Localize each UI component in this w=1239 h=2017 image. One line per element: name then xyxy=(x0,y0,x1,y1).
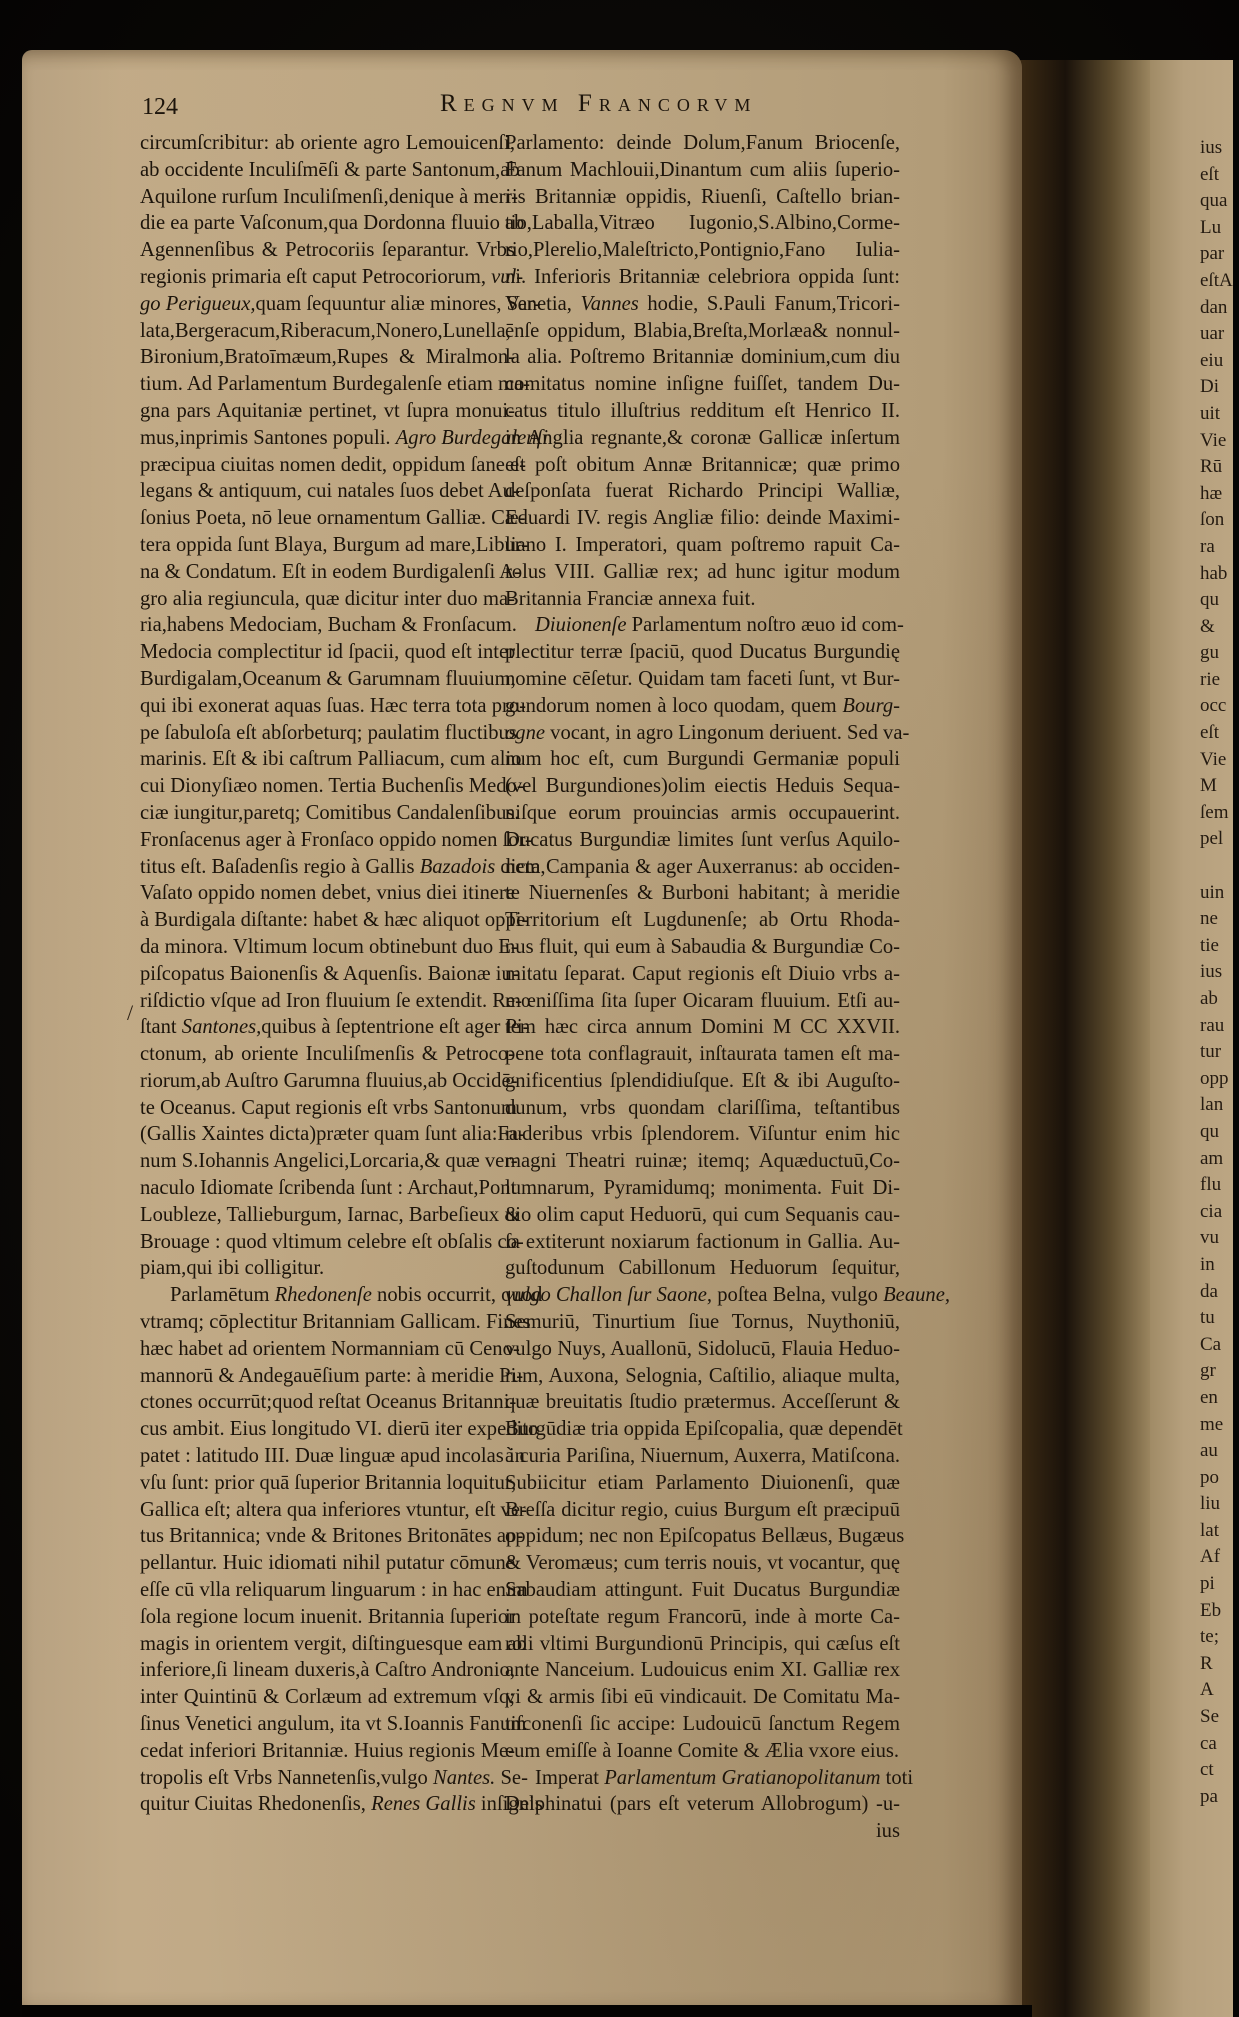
facing-page-fragment: pel xyxy=(1200,826,1233,853)
text-line: nomine cēſetur. Quidam tam faceti ſunt, … xyxy=(505,666,900,693)
text-line: tio,Laballa,Vitræo Iugonio,S.Albino,Corm… xyxy=(505,210,900,237)
text-segment: inferiore,ſi lineam duxeris,à Caſtro And… xyxy=(140,1659,515,1681)
text-segment: Medocia complectitur id ſpacii, quod eſt… xyxy=(140,641,515,663)
text-line: mus,inprimis Santones populi. Agro Burde… xyxy=(140,425,515,452)
text-line: Venetia, Vannes hodie, S.Pauli Fanum,Tri… xyxy=(505,291,900,318)
text-segment: mitatu ſeparat. Caput regionis eſt Diuio… xyxy=(505,963,900,985)
text-line: eſſe cū vlla reliquarum linguarum : in h… xyxy=(140,1577,515,1604)
text-line: legans & antiquum, cui natales ſuos debe… xyxy=(140,478,515,505)
text-segment: ruderibus vrbis ſplendorem. Viſuntur eni… xyxy=(505,1123,900,1145)
text-segment: tropolis eſt Vrbs Nannetenſis,vulgo xyxy=(140,1767,433,1789)
facing-page-fragment: ſem xyxy=(1200,800,1233,827)
text-segment: na & Condatum. Eſt in eodem Burdigalenſi… xyxy=(140,561,521,583)
text-segment: (vel Burgundiones)olim eiectis Heduis Se… xyxy=(505,775,900,797)
text-line: ria,habens Medociam, Bucham & Fronſacum. xyxy=(140,612,515,639)
text-segment: Territorium eſt Lugdunenſe; ab Ortu Rhod… xyxy=(505,909,900,931)
text-line: & Veromæus; cum terris nouis, vt vocantu… xyxy=(505,1550,900,1577)
text-line: Territorium eſt Lugdunenſe; ab Ortu Rhod… xyxy=(505,907,900,934)
text-segment: à curia Pariſina, Niuernum, Auxerra, Mat… xyxy=(505,1445,900,1467)
text-line: vulgo Nuys, Auallonū, Sidolucū, Flauia H… xyxy=(505,1336,900,1363)
facing-page-fragment: liu xyxy=(1200,1491,1233,1518)
facing-page-fragment: vu xyxy=(1200,1225,1233,1252)
text-line: vulgo Challon ſur Saone, poſtea Belna, v… xyxy=(505,1282,900,1309)
text-segment: nem Campania & ager Auxerranus: ab occid… xyxy=(505,856,900,878)
facing-page-fragment: cia xyxy=(1200,1199,1233,1226)
text-segment: hæc habet ad orientem Normanniam cū Ceno… xyxy=(140,1338,520,1360)
facing-page-fragment: uar xyxy=(1200,321,1233,348)
text-segment: tera oppida ſunt Blaya, Burgum ad mare,L… xyxy=(140,534,528,556)
text-segment: circumſcribitur: ab oriente agro Lemouic… xyxy=(140,132,515,154)
text-line: tiſconenſi ſic accipe: Ludouicū ſanctum … xyxy=(505,1711,900,1738)
text-segment: num hoc eſt, cum Burgundi Germaniæ popul… xyxy=(505,748,900,770)
text-line: qui ibi exonerat aquas ſuas. Hæc terra t… xyxy=(140,693,515,720)
facing-page-fragment: rau xyxy=(1200,1013,1233,1040)
facing-page-fragment: in xyxy=(1200,1252,1233,1279)
text-line: marinis. Eſt & ibi caſtrum Palliacum, cu… xyxy=(140,746,515,773)
text-segment: gnificentius ſplendidiuſque. Eſt & ibi A… xyxy=(505,1070,900,1092)
text-line: pene tota conflagrauit, inſtaurata tamen… xyxy=(505,1041,900,1068)
text-line: gna pars Aquitaniæ pertinet, vt ſupra mo… xyxy=(140,398,515,425)
text-segment: ēnſe oppidum, Blabia,Breſta,Morlæa& nonn… xyxy=(505,320,900,342)
text-line: mœniſſima ſita ſuper Oicaram fluuium. Et… xyxy=(505,988,900,1015)
text-segment: & Veromæus; cum terris nouis, vt vocantu… xyxy=(505,1552,900,1574)
facing-page-fragment: pi xyxy=(1200,1571,1233,1598)
text-line: liano I. Imperatori, quam poſtremo rapui… xyxy=(505,532,900,559)
facing-page-fragment: Se xyxy=(1200,1704,1233,1731)
text-line: Sabaudiam attingunt. Fuit Ducatus Burgun… xyxy=(505,1577,900,1604)
text-segment: Semuriū, Tinurtium ſiue Tornus, Nuythoni… xyxy=(505,1311,900,1333)
text-segment: poſtea Belna, vulgo xyxy=(712,1284,883,1306)
facing-page-fragment: opp xyxy=(1200,1066,1233,1093)
text-line: na & Condatum. Eſt in eodem Burdigalenſi… xyxy=(140,559,515,586)
text-segment: quibus à ſeptentrione eſt ager Pi- xyxy=(261,1016,529,1038)
text-line: Fronſacenus ager à Fronſaco oppido nomen… xyxy=(140,827,515,854)
text-segment: liano I. Imperatori, quam poſtremo rapui… xyxy=(505,534,900,556)
text-line: rolus VIII. Galliæ rex; ad hunc igitur m… xyxy=(505,559,900,586)
text-line: rum, Auxona, Selognia, Caſtilio, aliaque… xyxy=(505,1363,900,1390)
facing-page-fragment: uit xyxy=(1200,401,1233,428)
facing-page-fragment: eſt xyxy=(1200,720,1233,747)
book-gutter xyxy=(1020,60,1150,2017)
text-segment: Delphinatui (pars eſt veterum Allobrogum… xyxy=(505,1793,876,1815)
facing-page-fragment: R xyxy=(1200,1651,1233,1678)
facing-page-fragment: tu xyxy=(1200,1305,1233,1332)
italic-text-segment: vulgo Challon ſur Saone, xyxy=(505,1284,712,1306)
text-line: plectitur terræ ſpaciū, quod Ducatus Bur… xyxy=(505,639,900,666)
text-segment: die ea parte Vaſconum,qua Dordonna fluui… xyxy=(140,212,524,234)
facing-page-fragment: qua xyxy=(1200,188,1233,215)
facing-page-fragment: Lu xyxy=(1200,215,1233,242)
text-segment: da minora. Vltimum locum obtinebunt duo … xyxy=(140,936,518,958)
facing-page-fragment: qu xyxy=(1200,1119,1233,1146)
text-line: præcipua ciuitas nomen dedit, oppidum ſa… xyxy=(140,452,515,479)
text-line: ēnſe oppidum, Blabia,Breſta,Morlæa& nonn… xyxy=(505,318,900,345)
text-segment: piam,qui ibi colligitur. xyxy=(140,1257,324,1279)
text-segment: (Gallis Xaintes dicta)præter quam ſunt a… xyxy=(140,1123,525,1145)
text-line: Vaſato oppido nomen debet, vnius diei it… xyxy=(140,880,515,907)
marginal-mark: / xyxy=(127,1000,133,1026)
text-segment: quam ſequuntur aliæ minores, Sar- xyxy=(256,293,541,315)
facing-page-fragment: M xyxy=(1200,773,1233,800)
text-line: mitatu ſeparat. Caput regionis eſt Diuio… xyxy=(505,961,900,988)
text-line: riſdictio vſque ad Iron fluuium ſe exten… xyxy=(140,988,515,1015)
text-line: Medocia complectitur id ſpacii, quod eſt… xyxy=(140,639,515,666)
text-line: Burgūdiæ tria oppida Epiſcopalia, quæ de… xyxy=(505,1416,900,1443)
text-line: comitatus nomine inſigne fuiſſet, tandem… xyxy=(505,371,900,398)
text-line: tium. Ad Parlamentum Burdegalenſe etiam … xyxy=(140,371,515,398)
text-segment: ni. Inferioris Britanniæ celebriora oppi… xyxy=(505,266,900,288)
text-line: eſt poſt obitum Annæ Britannicæ; quæ pri… xyxy=(505,452,900,479)
text-line: Gallica eſt; altera qua inferiores vtunt… xyxy=(140,1497,515,1524)
text-line: cedat inferiori Britanniæ. Huius regioni… xyxy=(140,1738,515,1765)
text-segment: quitur Ciuitas Rhedonenſis, xyxy=(140,1793,371,1815)
text-line: piſcopatus Baionenſis & Aquenſis. Baionæ… xyxy=(140,961,515,988)
text-segment: tiſconenſi ſic accipe: Ludouicū ſanctum … xyxy=(505,1713,900,1735)
italic-text-segment: Bourg- xyxy=(842,695,900,717)
text-segment: Vaſato oppido nomen debet, vnius diei it… xyxy=(140,882,515,904)
text-line: Breſſa dicitur regio, cuius Burgum eſt p… xyxy=(505,1497,900,1524)
italic-text-segment: Nantes. xyxy=(433,1767,495,1789)
facing-page-fragment xyxy=(1200,853,1233,880)
facing-page-fragment: Rū xyxy=(1200,454,1233,481)
text-line: nem Campania & ager Auxerranus: ab occid… xyxy=(505,854,900,881)
text-segment: ab occidente Inculiſmēſi & parte Santonu… xyxy=(140,159,520,181)
text-line: deſponſata fuerat Richardo Principi Wall… xyxy=(505,478,900,505)
facing-page-fragment: Di xyxy=(1200,374,1233,401)
facing-page-fragment: en xyxy=(1200,1385,1233,1412)
text-segment: ſa extiterunt noxiarum factionum in Gall… xyxy=(505,1231,900,1253)
text-segment: à Burdigala diſtante: habet & hæc aliquo… xyxy=(140,909,528,931)
text-segment: Loubleze, Tallieburgum, Iarnac, Barbeſie… xyxy=(140,1204,520,1226)
text-segment: lumnarum, Pyramidumq; monimenta. Fuit Di… xyxy=(505,1177,900,1199)
text-segment: lata,Bergeracum,Riberacum,Nonero,Lunella… xyxy=(140,320,511,342)
facing-page-fragment: ius xyxy=(1200,135,1233,162)
text-segment: pellantur. Huic idiomati nihil putatur c… xyxy=(140,1552,515,1574)
text-segment: -u- xyxy=(876,1793,900,1815)
text-line: Eduardi IV. regis Angliæ filio: deinde M… xyxy=(505,505,900,532)
text-line: Fanum Machlouii,Dinantum cum aliis ſuper… xyxy=(505,157,900,184)
facing-page-shadow xyxy=(1233,55,1239,2017)
facing-page-fragment: pa xyxy=(1200,1784,1233,1811)
text-segment: titus eſt. Baſadenſis regio à Gallis xyxy=(140,856,420,878)
text-segment: in poteſtate regum Francorū, inde à mort… xyxy=(505,1606,900,1628)
text-line: Delphinatui (pars eſt veterum Allobrogum… xyxy=(505,1791,900,1818)
text-segment: ius xyxy=(876,1820,900,1842)
text-segment: vocant, in agro Lingonum deriuent. Sed v… xyxy=(545,722,909,744)
text-segment: la alia. Poſtremo Britanniæ dominium,cum… xyxy=(505,346,900,368)
text-line: riorum,ab Auſtro Garumna fluuius,ab Occi… xyxy=(140,1068,515,1095)
italic-text-segment: Santones, xyxy=(182,1016,262,1038)
text-segment: cedat inferiori Britanniæ. Huius regioni… xyxy=(140,1740,515,1762)
facing-page-fragment: A xyxy=(1200,1677,1233,1704)
text-line: num S.Iohannis Angelici,Lorcaria,& quæ v… xyxy=(140,1148,515,1175)
facing-page-fragment: ne xyxy=(1200,906,1233,933)
text-segment: Parlamētum xyxy=(170,1284,275,1306)
text-line: Ducatus Burgundiæ limites ſunt verſus Aq… xyxy=(505,827,900,854)
text-segment: Brouage : quod vltimum celebre eſt obſal… xyxy=(140,1231,524,1253)
text-line: hæc habet ad orientem Normanniam cū Ceno… xyxy=(140,1336,515,1363)
facing-page-fragment: par xyxy=(1200,241,1233,268)
text-line: oppidum; nec non Epiſcopatus Bellæus, Bu… xyxy=(505,1523,900,1550)
text-line: cui Dionyſiæo nomen. Tertia Buchenſis Me… xyxy=(140,773,515,800)
facing-page-text-fragments: iuseſtquaLupareſtAdanuareiuDiuitVieRūhæſ… xyxy=(1200,135,1233,1810)
text-segment: pe ſabuloſa eſt abſorbeturq; paulatim fl… xyxy=(140,722,517,744)
text-segment: deſponſata fuerat Richardo Principi Wall… xyxy=(505,480,900,502)
facing-page-fragment: ab xyxy=(1200,986,1233,1013)
text-segment: mannorū & Andegauēſium parte: à meridie … xyxy=(140,1365,523,1387)
facing-page-fragment: ſon xyxy=(1200,507,1233,534)
right-text-column: Parlamento: deinde Dolum,Fanum Briocenſe… xyxy=(505,130,900,1845)
italic-text-segment: Parlamentum Gratianopolitanum xyxy=(604,1767,880,1789)
text-line: vtramq; cōplectitur Britanniam Gallicam.… xyxy=(140,1309,515,1336)
text-segment: ctones occurrūt;quod reſtat Oceanus Brit… xyxy=(140,1391,516,1413)
text-line: uio olim caput Heduorū, qui cum Sequanis… xyxy=(505,1202,900,1229)
text-line: da minora. Vltimum locum obtinebunt duo … xyxy=(140,934,515,961)
text-segment: riſdictio vſque ad Iron fluuium ſe exten… xyxy=(140,990,522,1012)
facing-page-fragment: Af xyxy=(1200,1544,1233,1571)
text-segment: uio olim caput Heduorū, qui cum Sequanis… xyxy=(505,1204,900,1226)
text-segment: Fanum Machlouii,Dinantum cum aliis ſuper… xyxy=(505,159,900,181)
text-segment: eſſe cū vlla reliquarum linguarum : in h… xyxy=(140,1579,528,1601)
italic-text-segment: ogne xyxy=(505,722,545,744)
text-segment: inter Quintinū & Corlæum ad extremum vſq… xyxy=(140,1686,515,1708)
text-segment: oppidum; nec non Epiſcopatus Bellæus, Bu… xyxy=(505,1525,904,1547)
text-segment: cus ambit. Eius longitudo VI. dierū iter… xyxy=(140,1418,538,1440)
text-line: go Perigueux,quam ſequuntur aliæ minores… xyxy=(140,291,515,318)
facing-page-fragment: eſtA xyxy=(1200,268,1233,295)
text-segment: in Anglia regnante,& coronæ Gallicæ inſe… xyxy=(505,427,900,449)
text-segment: Venetia, xyxy=(505,293,580,315)
text-segment: vulgo Nuys, Auallonū, Sidolucū, Flauia H… xyxy=(505,1338,900,1360)
text-segment: Britannia Franciæ annexa fuit. xyxy=(505,588,755,610)
text-line: ni. Inferioris Britanniæ celebriora oppi… xyxy=(505,264,900,291)
text-segment: nomine cēſetur. Quidam tam faceti ſunt, … xyxy=(505,668,900,690)
text-line: mannorū & Andegauēſium parte: à meridie … xyxy=(140,1363,515,1390)
text-segment: Bironium,Bratoīmæum,Rupes & Miralmon- xyxy=(140,346,515,368)
text-line: rio,Plerelio,Maleſtricto,Pontignio,Fano … xyxy=(505,237,900,264)
text-line: Brouage : quod vltimum celebre eſt obſal… xyxy=(140,1229,515,1256)
text-segment: mus,inprimis Santones populi. xyxy=(140,427,396,449)
text-segment: pene tota conflagrauit, inſtaurata tamen… xyxy=(505,1043,900,1065)
text-segment: rum, Auxona, Selognia, Caſtilio, aliaque… xyxy=(505,1365,900,1387)
text-line: (Gallis Xaintes dicta)præter quam ſunt a… xyxy=(140,1121,515,1148)
text-line: tropolis eſt Vrbs Nannetenſis,vulgo Nant… xyxy=(140,1765,515,1792)
text-segment: ſinus Venetici angulum, ita vt S.Ioannis… xyxy=(140,1713,526,1735)
text-segment: ſonius Poeta, nō leue ornamentum Galliæ.… xyxy=(140,507,526,529)
italic-text-segment: Diuionenſe xyxy=(535,614,627,636)
text-line: niſque eorum prouincias armis occupaueri… xyxy=(505,800,900,827)
text-line: te Niuernenſes & Burboni habitant; à mer… xyxy=(505,880,900,907)
text-line: regionis primaria eſt caput Petrocorioru… xyxy=(140,264,515,291)
text-segment: Imperat xyxy=(535,1767,604,1789)
page-bottom-shadow xyxy=(22,2005,1032,2017)
facing-page-fragment: tie xyxy=(1200,933,1233,960)
text-segment: regionis primaria eſt caput Petrocorioru… xyxy=(140,266,491,288)
text-line: Subiicitur etiam Parlamento Diuionenſi, … xyxy=(505,1470,900,1497)
text-segment: ſtant xyxy=(140,1016,182,1038)
text-segment: ſola regione locum inuenit. Britannia ſu… xyxy=(140,1606,515,1628)
facing-page-fragment: au xyxy=(1200,1438,1233,1465)
text-segment: Breſſa dicitur regio, cuius Burgum eſt p… xyxy=(505,1499,900,1521)
text-segment: Parlamentum noſtro æuo id com- xyxy=(627,614,904,636)
text-segment: niſque eorum prouincias armis occupaueri… xyxy=(505,802,900,824)
text-segment: plectitur terræ ſpaciū, quod Ducatus Bur… xyxy=(505,641,900,663)
text-line: in Anglia regnante,& coronæ Gallicæ inſe… xyxy=(505,425,900,452)
text-segment: Subiicitur etiam Parlamento Diuionenſi, … xyxy=(505,1472,900,1494)
text-segment: Gallica eſt; altera qua inferiores vtunt… xyxy=(140,1499,527,1521)
text-segment: Parlamento: deinde Dolum,Fanum Briocenſe… xyxy=(505,132,900,154)
running-title: Regnvm Francorvm xyxy=(440,90,757,118)
text-line: quitur Ciuitas Rhedonenſis, Renes Gallis… xyxy=(140,1791,515,1818)
text-line: tera oppida ſunt Blaya, Burgum ad mare,L… xyxy=(140,532,515,559)
text-line: ctones occurrūt;quod reſtat Oceanus Brit… xyxy=(140,1389,515,1416)
facing-page-fragment: Ca xyxy=(1200,1332,1233,1359)
text-segment: vtramq; cōplectitur Britanniam Gallicam.… xyxy=(140,1311,531,1333)
text-segment: eſt poſt obitum Annæ Britannicæ; quæ pri… xyxy=(505,454,900,476)
text-segment: ante Nanceium. Ludouicus enim XI. Galliæ… xyxy=(505,1659,900,1681)
facing-page-fragment: ius xyxy=(1200,959,1233,986)
italic-text-segment: Renes Gallis xyxy=(371,1793,476,1815)
text-segment: præcipua ciuitas nomen dedit, oppidum ſa… xyxy=(140,454,526,476)
facing-page-fragment: gu xyxy=(1200,640,1233,667)
text-segment: num S.Iohannis Angelici,Lorcaria,& quæ v… xyxy=(140,1150,518,1172)
text-line: ris Britanniæ oppidis, Riuenſi, Caſtello… xyxy=(505,184,900,211)
text-line: ruderibus vrbis ſplendorem. Viſuntur eni… xyxy=(505,1121,900,1148)
text-line: ſola regione locum inuenit. Britannia ſu… xyxy=(140,1604,515,1631)
text-line: vi & armis ſibi eū vindicauit. De Comita… xyxy=(505,1684,900,1711)
text-line: lumnarum, Pyramidumq; monimenta. Fuit Di… xyxy=(505,1175,900,1202)
text-line: ante Nanceium. Ludouicus enim XI. Galliæ… xyxy=(505,1657,900,1684)
text-segment: gna pars Aquitaniæ pertinet, vt ſupra mo… xyxy=(140,400,515,422)
running-head: 124 Regnvm Francorvm xyxy=(140,88,900,128)
facing-page-fragment: po xyxy=(1200,1465,1233,1492)
facing-page-fragment: hæ xyxy=(1200,481,1233,508)
facing-page-fragment: Vie xyxy=(1200,747,1233,774)
text-segment: Burdigalam,Oceanum & Garumnam fluuium, xyxy=(140,668,516,690)
text-segment: Aquilone rurſum Inculiſmenſi,denique à m… xyxy=(140,186,518,208)
facing-page-fragment: lan xyxy=(1200,1092,1233,1119)
facing-page-fragment: uin xyxy=(1200,880,1233,907)
text-line: catus titulo illuſtrius redditum eſt Hen… xyxy=(505,398,900,425)
text-line: inter Quintinū & Corlæum ad extremum vſq… xyxy=(140,1684,515,1711)
facing-page-fragment: ra xyxy=(1200,534,1233,561)
text-segment: naculo Idiomate ſcribenda ſunt : Archaut… xyxy=(140,1177,516,1199)
text-line: la alia. Poſtremo Britanniæ dominium,cum… xyxy=(505,344,900,371)
facing-page-fragment: Eb xyxy=(1200,1598,1233,1625)
text-segment: Sabaudiam attingunt. Fuit Ducatus Burgun… xyxy=(505,1579,900,1601)
text-segment: Eduardi IV. regis Angliæ filio: deinde M… xyxy=(505,507,900,529)
facing-page-edge: iuseſtquaLupareſtAdanuareiuDiuitVieRūhæſ… xyxy=(1150,60,1235,2017)
text-line: Bironium,Bratoīmæum,Rupes & Miralmon- xyxy=(140,344,515,371)
text-segment: gro alia regiuncula, quæ dicitur inter d… xyxy=(140,588,515,610)
text-segment: tio,Laballa,Vitræo Iugonio,S.Albino,Corm… xyxy=(505,212,900,234)
text-line: ius xyxy=(505,1818,900,1845)
text-line: gnificentius ſplendidiuſque. Eſt & ibi A… xyxy=(505,1068,900,1095)
text-segment: marinis. Eſt & ibi caſtrum Palliacum, cu… xyxy=(140,748,521,770)
text-line: à Burdigala diſtante: habet & hæc aliquo… xyxy=(140,907,515,934)
page-number: 124 xyxy=(142,94,178,121)
text-line: inferiore,ſi lineam duxeris,à Caſtro And… xyxy=(140,1657,515,1684)
text-line: roli vltimi Burgundionū Principis, qui c… xyxy=(505,1631,900,1658)
text-segment: te Niuernenſes & Burboni habitant; à mer… xyxy=(505,882,900,904)
text-segment: ria,habens Medociam, Bucham & Fronſacum. xyxy=(140,614,517,636)
text-segment: te Oceanus. Caput regionis eſt vrbs Sant… xyxy=(140,1097,517,1119)
text-segment: riorum,ab Auſtro Garumna fluuius,ab Occi… xyxy=(140,1070,517,1092)
text-line: cus ambit. Eius longitudo VI. dierū iter… xyxy=(140,1416,515,1443)
text-segment: catus titulo illuſtrius redditum eſt Hen… xyxy=(505,400,900,422)
italic-text-segment: Rhedonenſe xyxy=(275,1284,372,1306)
facing-page-fragment: qu xyxy=(1200,587,1233,614)
text-line: Agennenſibus & Petrocoriis ſeparantur. V… xyxy=(140,237,515,264)
text-segment: rolus VIII. Galliæ rex; ad hunc igitur m… xyxy=(505,561,900,583)
text-line: pe ſabuloſa eſt abſorbeturq; paulatim fl… xyxy=(140,720,515,747)
text-line: Parlamētum Rhedonenſe nobis occurrit, qu… xyxy=(140,1282,515,1309)
text-line: guſtodunum Cabillonum Heduorum ſequitur, xyxy=(505,1255,900,1282)
text-line: titus eſt. Baſadenſis regio à Gallis Baz… xyxy=(140,854,515,881)
text-segment: vſu ſunt: prior quā ſuperior Britannia l… xyxy=(140,1472,516,1494)
text-line: nus fluit, qui eum à Sabaudia & Burgundi… xyxy=(505,934,900,961)
text-line: Parlamento: deinde Dolum,Fanum Briocenſe… xyxy=(505,130,900,157)
text-segment: ris Britanniæ oppidis, Riuenſi, Caſtello… xyxy=(505,186,900,208)
facing-page-fragment: da xyxy=(1200,1279,1233,1306)
text-line: Diuionenſe Parlamentum noſtro æuo id com… xyxy=(505,612,900,639)
text-segment: Fronſacenus ager à Fronſaco oppido nomen… xyxy=(140,829,532,851)
facing-page-fragment: rie xyxy=(1200,667,1233,694)
facing-page-fragment: lat xyxy=(1200,1518,1233,1545)
text-line: ctonum, ab oriente Inculiſmenſis & Petro… xyxy=(140,1041,515,1068)
text-line: te Oceanus. Caput regionis eſt vrbs Sant… xyxy=(140,1095,515,1122)
text-segment: magni Theatri ruinæ; itemq; Aquæductuū,C… xyxy=(505,1150,900,1172)
facing-page-fragment: & xyxy=(1200,614,1233,641)
italic-text-segment: Beaune, xyxy=(883,1284,950,1306)
facing-page-fragment: flu xyxy=(1200,1172,1233,1199)
text-line: (vel Burgundiones)olim eiectis Heduis Se… xyxy=(505,773,900,800)
italic-text-segment: go Perigueux, xyxy=(140,293,256,315)
text-line: magis in orientem vergit, diſtinguesque … xyxy=(140,1631,515,1658)
text-segment: qui ibi exonerat aquas ſuas. Hæc terra t… xyxy=(140,695,526,717)
text-segment: tus Britannica; vnde & Britones Britonāt… xyxy=(140,1525,523,1547)
text-line: die ea parte Vaſconum,qua Dordonna fluui… xyxy=(140,210,515,237)
text-line: ab occidente Inculiſmēſi & parte Santonu… xyxy=(140,157,515,184)
text-segment: ctonum, ab oriente Inculiſmenſis & Petro… xyxy=(140,1043,515,1065)
text-line: gro alia regiuncula, quæ dicitur inter d… xyxy=(140,586,515,613)
italic-text-segment: Bazadois xyxy=(420,856,496,878)
text-segment: Ducatus Burgundiæ limites ſunt verſus Aq… xyxy=(505,829,900,851)
facing-page-fragment: ct xyxy=(1200,1757,1233,1784)
text-line: à curia Pariſina, Niuernum, Auxerra, Mat… xyxy=(505,1443,900,1470)
text-line: lata,Bergeracum,Riberacum,Nonero,Lunella… xyxy=(140,318,515,345)
text-line: in poteſtate regum Francorū, inde à mort… xyxy=(505,1604,900,1631)
text-segment: toti xyxy=(880,1767,913,1789)
facing-page-fragment: te; xyxy=(1200,1624,1233,1651)
text-segment: cui Dionyſiæo nomen. Tertia Buchenſis Me… xyxy=(140,775,524,797)
text-segment: tem hæc circa annum Domini M CC XXVII. xyxy=(505,1016,900,1038)
facing-page-fragment: gr xyxy=(1200,1358,1233,1385)
text-line: Semuriū, Tinurtium ſiue Tornus, Nuythoni… xyxy=(505,1309,900,1336)
italic-text-segment: Vannes xyxy=(580,293,638,315)
text-segment: legans & antiquum, cui natales ſuos debe… xyxy=(140,480,520,502)
text-line: ſtant Santones,quibus à ſeptentrione eſt… xyxy=(140,1014,515,1041)
facing-page-fragment: eſt xyxy=(1200,162,1233,189)
text-segment: roli vltimi Burgundionū Principis, qui c… xyxy=(505,1633,900,1655)
text-line: ſinus Venetici angulum, ita vt S.Ioannis… xyxy=(140,1711,515,1738)
text-segment: Agennenſibus & Petrocoriis ſeparantur. V… xyxy=(140,239,515,261)
facing-page-fragment: occ xyxy=(1200,693,1233,720)
text-line: ſa extiterunt noxiarum factionum in Gall… xyxy=(505,1229,900,1256)
text-line: Aquilone rurſum Inculiſmenſi,denique à m… xyxy=(140,184,515,211)
text-line: piam,qui ibi colligitur. xyxy=(140,1255,515,1282)
text-line: Burdigalam,Oceanum & Garumnam fluuium, xyxy=(140,666,515,693)
